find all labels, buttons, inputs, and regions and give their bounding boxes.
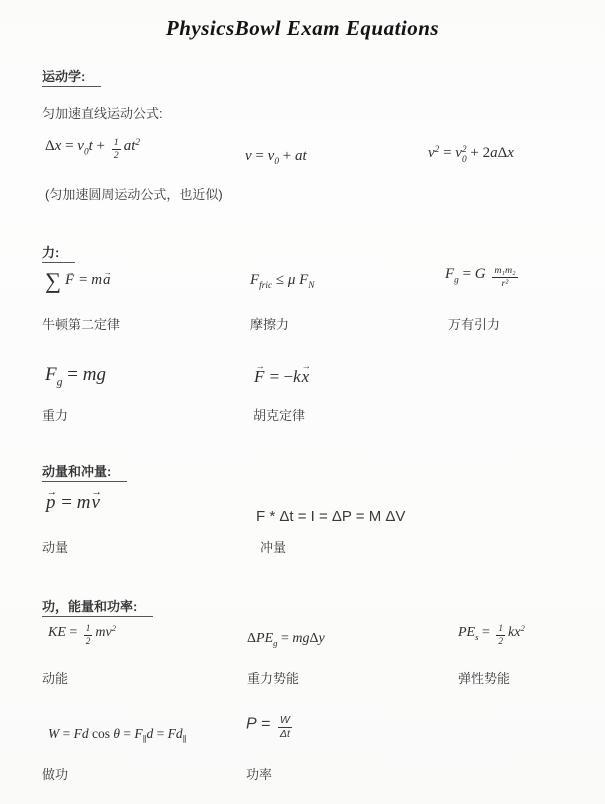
label-power: 功率 — [246, 764, 272, 783]
equation-gravitation: Fg = G m₁m₂r² — [445, 266, 521, 290]
equation-weight: Fg = mg — [45, 364, 106, 386]
section-heading-work-energy-power: 功，能量和功率: — [42, 596, 153, 617]
label-kinetic-energy: 动能 — [42, 668, 68, 687]
equation-velocity-squared: v2 = v20 + 2aΔx — [428, 145, 514, 165]
label-hooke-law: 胡克定律 — [253, 405, 305, 424]
label-gravitation: 万有引力 — [448, 314, 500, 333]
equation-displacement: Δx = v0t + 12at2 — [45, 138, 140, 162]
label-gravitational-pe: 重力势能 — [247, 668, 299, 687]
equation-momentum: →p = m→v — [45, 492, 101, 514]
label-newton-second-law: 牛顿第二定律 — [42, 314, 120, 333]
label-work: 做功 — [42, 764, 68, 783]
equation-hooke-law: →F = −k→x — [253, 367, 310, 387]
label-impulse: 冲量 — [260, 537, 286, 556]
equation-work: W = Fd cos θ = F∥d = Fd∥ — [48, 726, 187, 742]
label-friction: 摩擦力 — [250, 314, 289, 333]
label-momentum: 动量 — [42, 537, 68, 556]
equation-gravitational-pe: ΔPEg = mgΔy — [247, 631, 325, 647]
equation-velocity: v = v0 + at — [245, 148, 307, 165]
equation-impulse: F * Δt = I = ΔP = M ΔV — [256, 508, 405, 525]
equation-power: P = WΔt — [246, 715, 295, 740]
kinematics-intro: 匀加速直线运动公式: — [42, 103, 163, 122]
equation-kinetic-energy: KE = 12mv2 — [48, 624, 116, 646]
section-heading-momentum-impulse: 动量和冲量: — [42, 461, 127, 482]
section-heading-kinematics: 运动学: — [42, 66, 101, 87]
label-weight: 重力 — [42, 405, 68, 424]
kinematics-note: (匀加速圆周运动公式，也近似) — [45, 184, 223, 203]
equation-friction: Ffric ≤ μ FN — [250, 272, 314, 289]
label-elastic-pe: 弹性势能 — [458, 668, 510, 687]
section-heading-force: 力: — [42, 242, 75, 263]
page-title: PhysicsBowl Exam Equations — [0, 16, 605, 41]
document-page: PhysicsBowl Exam Equations 运动学: 匀加速直线运动公… — [0, 0, 605, 804]
equation-elastic-pe: PEs = 12kx2 — [458, 624, 525, 646]
equation-newton-second-law: ∑→F = m→a — [45, 268, 112, 294]
